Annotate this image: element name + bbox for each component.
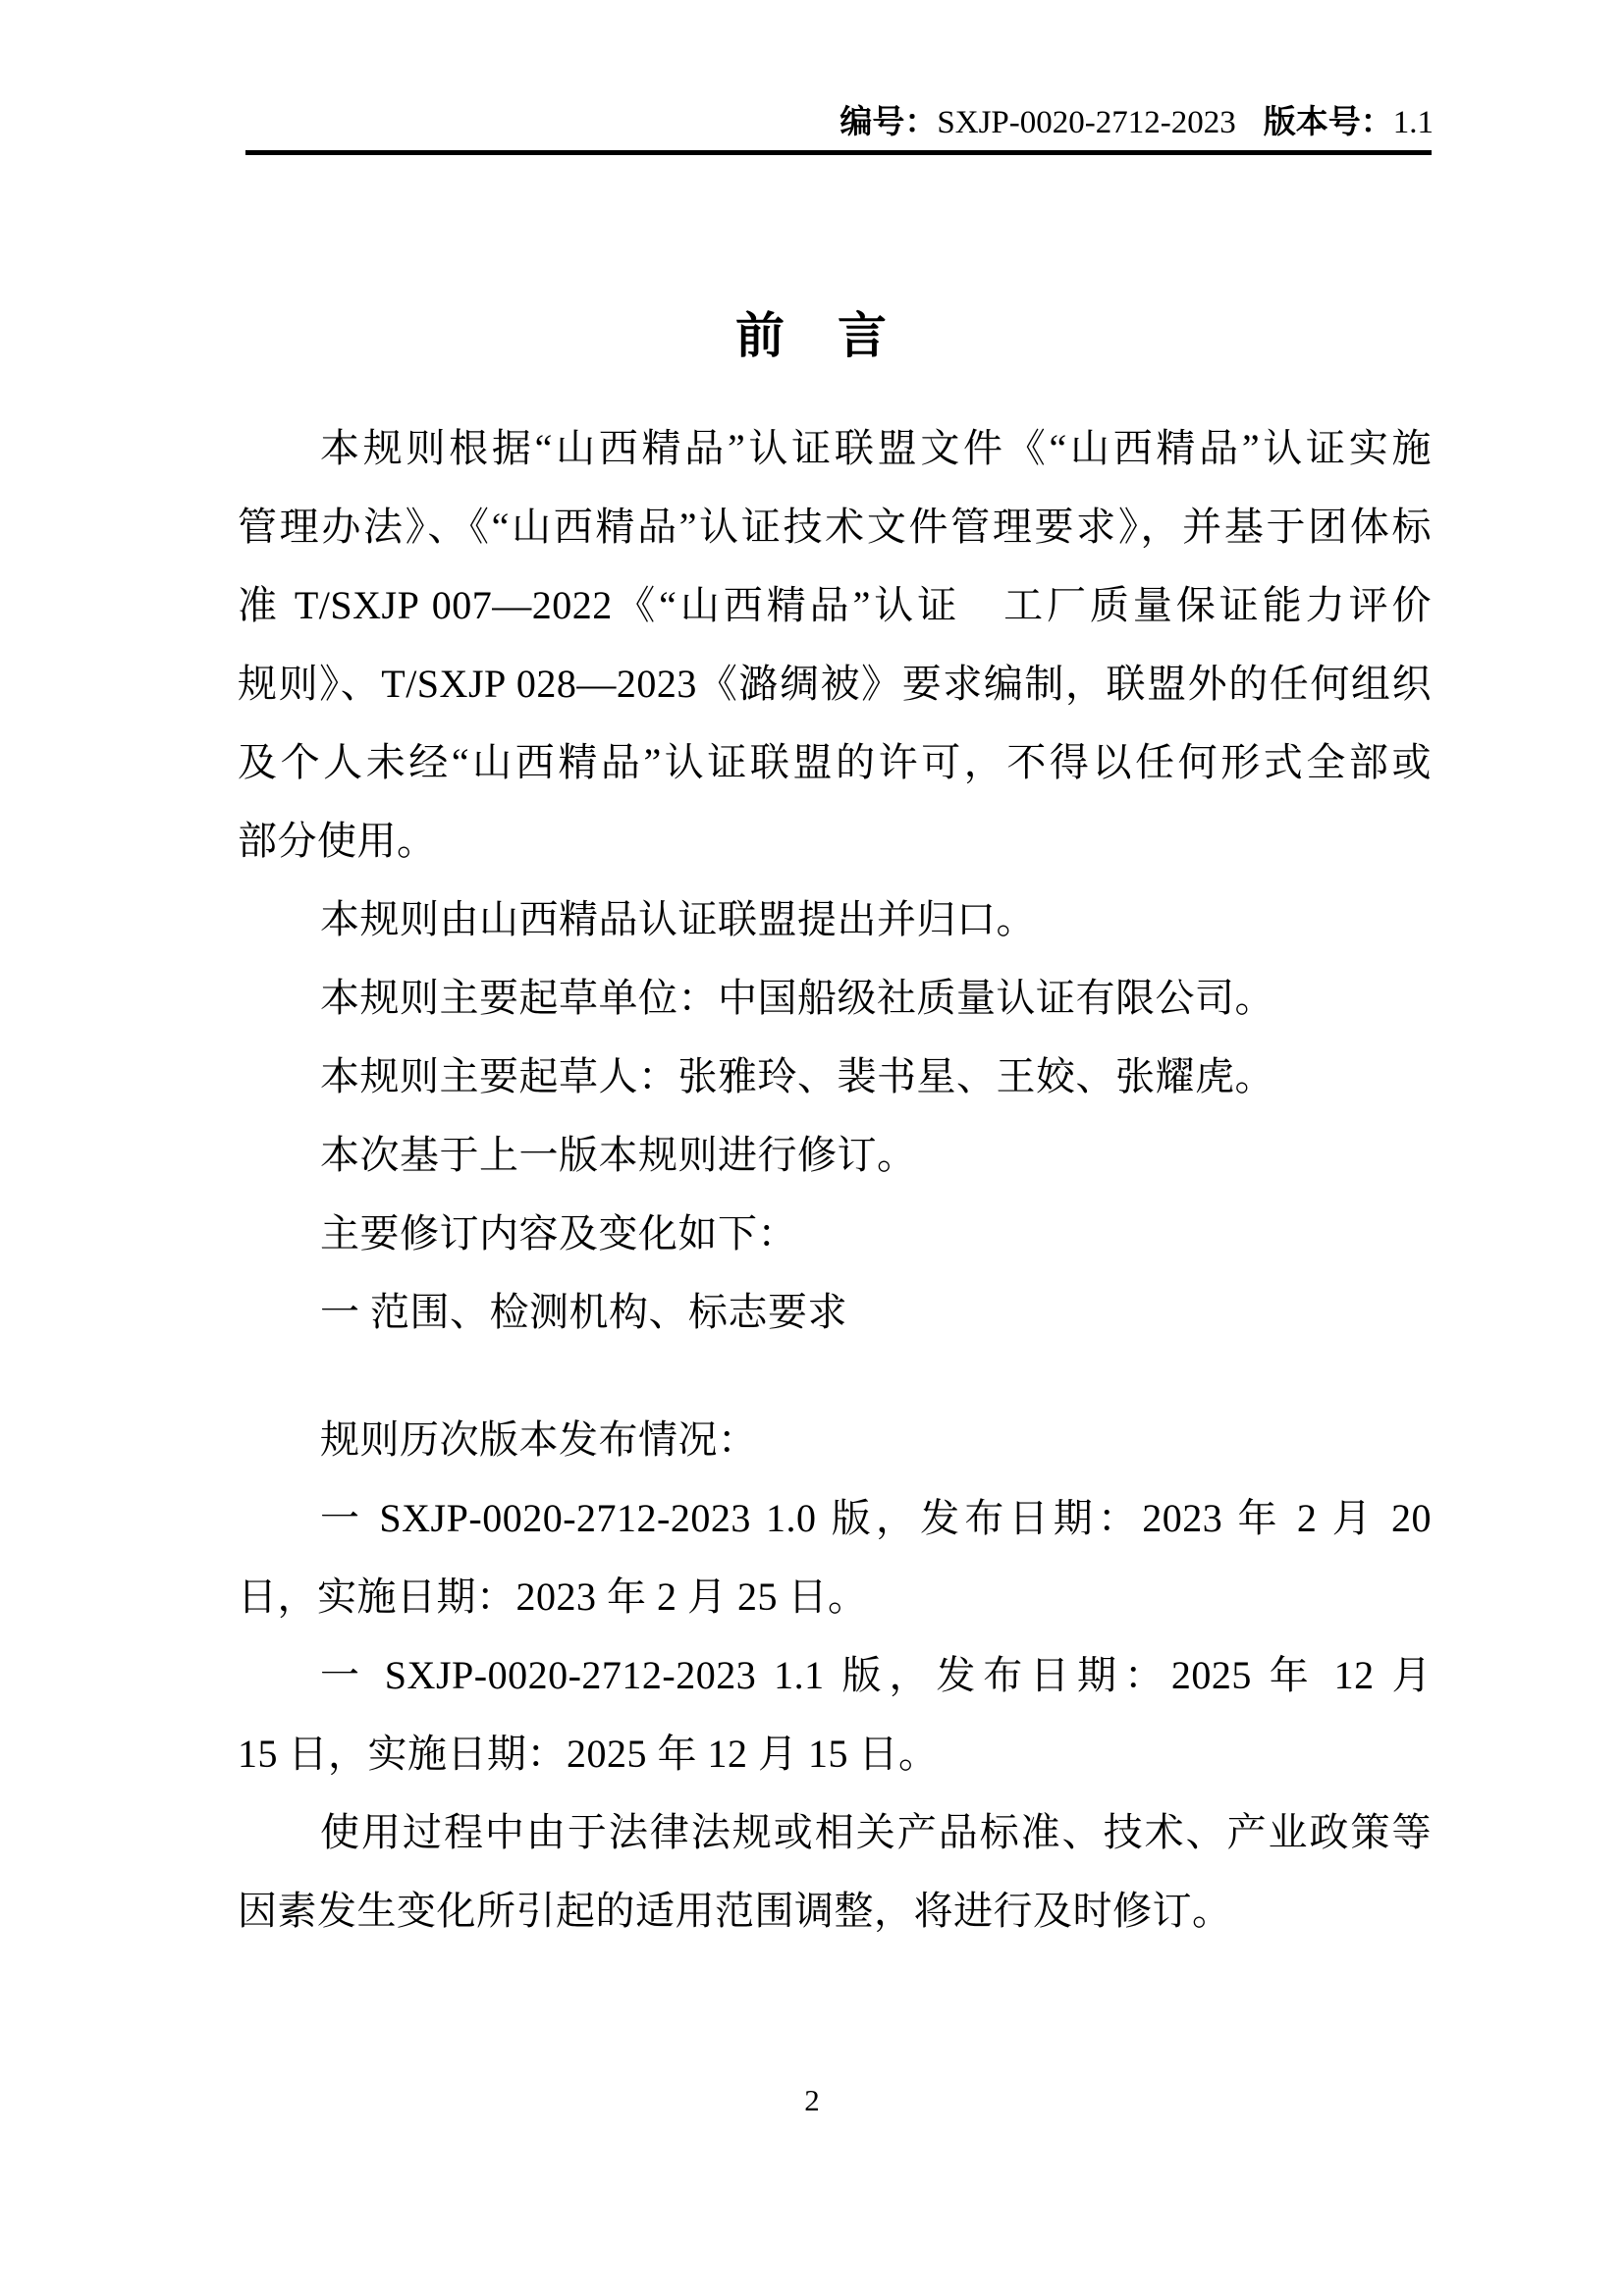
- text-line: 日，实施日期：2023 年 2 月 25 日。: [238, 1558, 1432, 1636]
- text-line: 一 范围、检测机构、标志要求: [238, 1273, 1432, 1352]
- doc-version-label: 版本号：: [1264, 105, 1393, 140]
- document-header: 编号：SXJP-0020-2712-2023版本号：1.1: [245, 102, 1434, 143]
- header-rule-line: [245, 150, 1432, 155]
- text-line: 使用过程中由于法律法规或相关产品标准、技术、产业政策等: [238, 1793, 1432, 1872]
- text-line: 管理办法》、《“山西精品”认证技术文件管理要求》，并基于团体标: [238, 488, 1432, 566]
- text-line: 部分使用。: [238, 802, 1432, 881]
- text-line: 规则》、T/SXJP 028—2023《潞绸被》要求编制，联盟外的任何组织: [238, 645, 1432, 723]
- text-line: 准 T/SXJP 007—2022《“山西精品”认证 工厂质量保证能力评价: [238, 566, 1432, 645]
- text-line: 一 SXJP-0020-2712-2023 1.0 版，发布日期：2023 年 …: [238, 1479, 1432, 1558]
- text-line: 15 日，实施日期：2025 年 12 月 15 日。: [238, 1715, 1432, 1793]
- text-line: 本规则根据“山西精品”认证联盟文件《“山西精品”认证实施: [238, 409, 1432, 488]
- text-line: 本规则主要起草单位：中国船级社质量认证有限公司。: [238, 959, 1432, 1038]
- doc-version-value: 1.1: [1393, 105, 1434, 140]
- text-line: 本规则主要起草人：张雅玲、裴书星、王姣、张耀虎。: [238, 1038, 1432, 1116]
- doc-number-label: 编号：: [839, 105, 937, 140]
- text-line: 本规则由山西精品认证联盟提出并归口。: [238, 881, 1432, 959]
- text-line: 一 SXJP-0020-2712-2023 1.1 版，发布日期：2025 年 …: [238, 1636, 1432, 1715]
- text-line: 因素发生变化所引起的适用范围调整，将进行及时修订。: [238, 1872, 1432, 1950]
- page-title: 前 言: [0, 306, 1624, 365]
- text-line: 主要修订内容及变化如下：: [238, 1195, 1432, 1273]
- text-line: 本次基于上一版本规则进行修订。: [238, 1116, 1432, 1195]
- document-body: 本规则根据“山西精品”认证联盟文件《“山西精品”认证实施管理办法》、《“山西精品…: [238, 409, 1432, 1950]
- document-page: 编号：SXJP-0020-2712-2023版本号：1.1 前 言 本规则根据“…: [0, 0, 1624, 2296]
- page-number: 2: [0, 2083, 1624, 2118]
- text-line: 及个人未经“山西精品”认证联盟的许可，不得以任何形式全部或: [238, 723, 1432, 802]
- doc-number-value: SXJP-0020-2712-2023: [937, 105, 1235, 140]
- text-line: 规则历次版本发布情况：: [238, 1401, 1432, 1479]
